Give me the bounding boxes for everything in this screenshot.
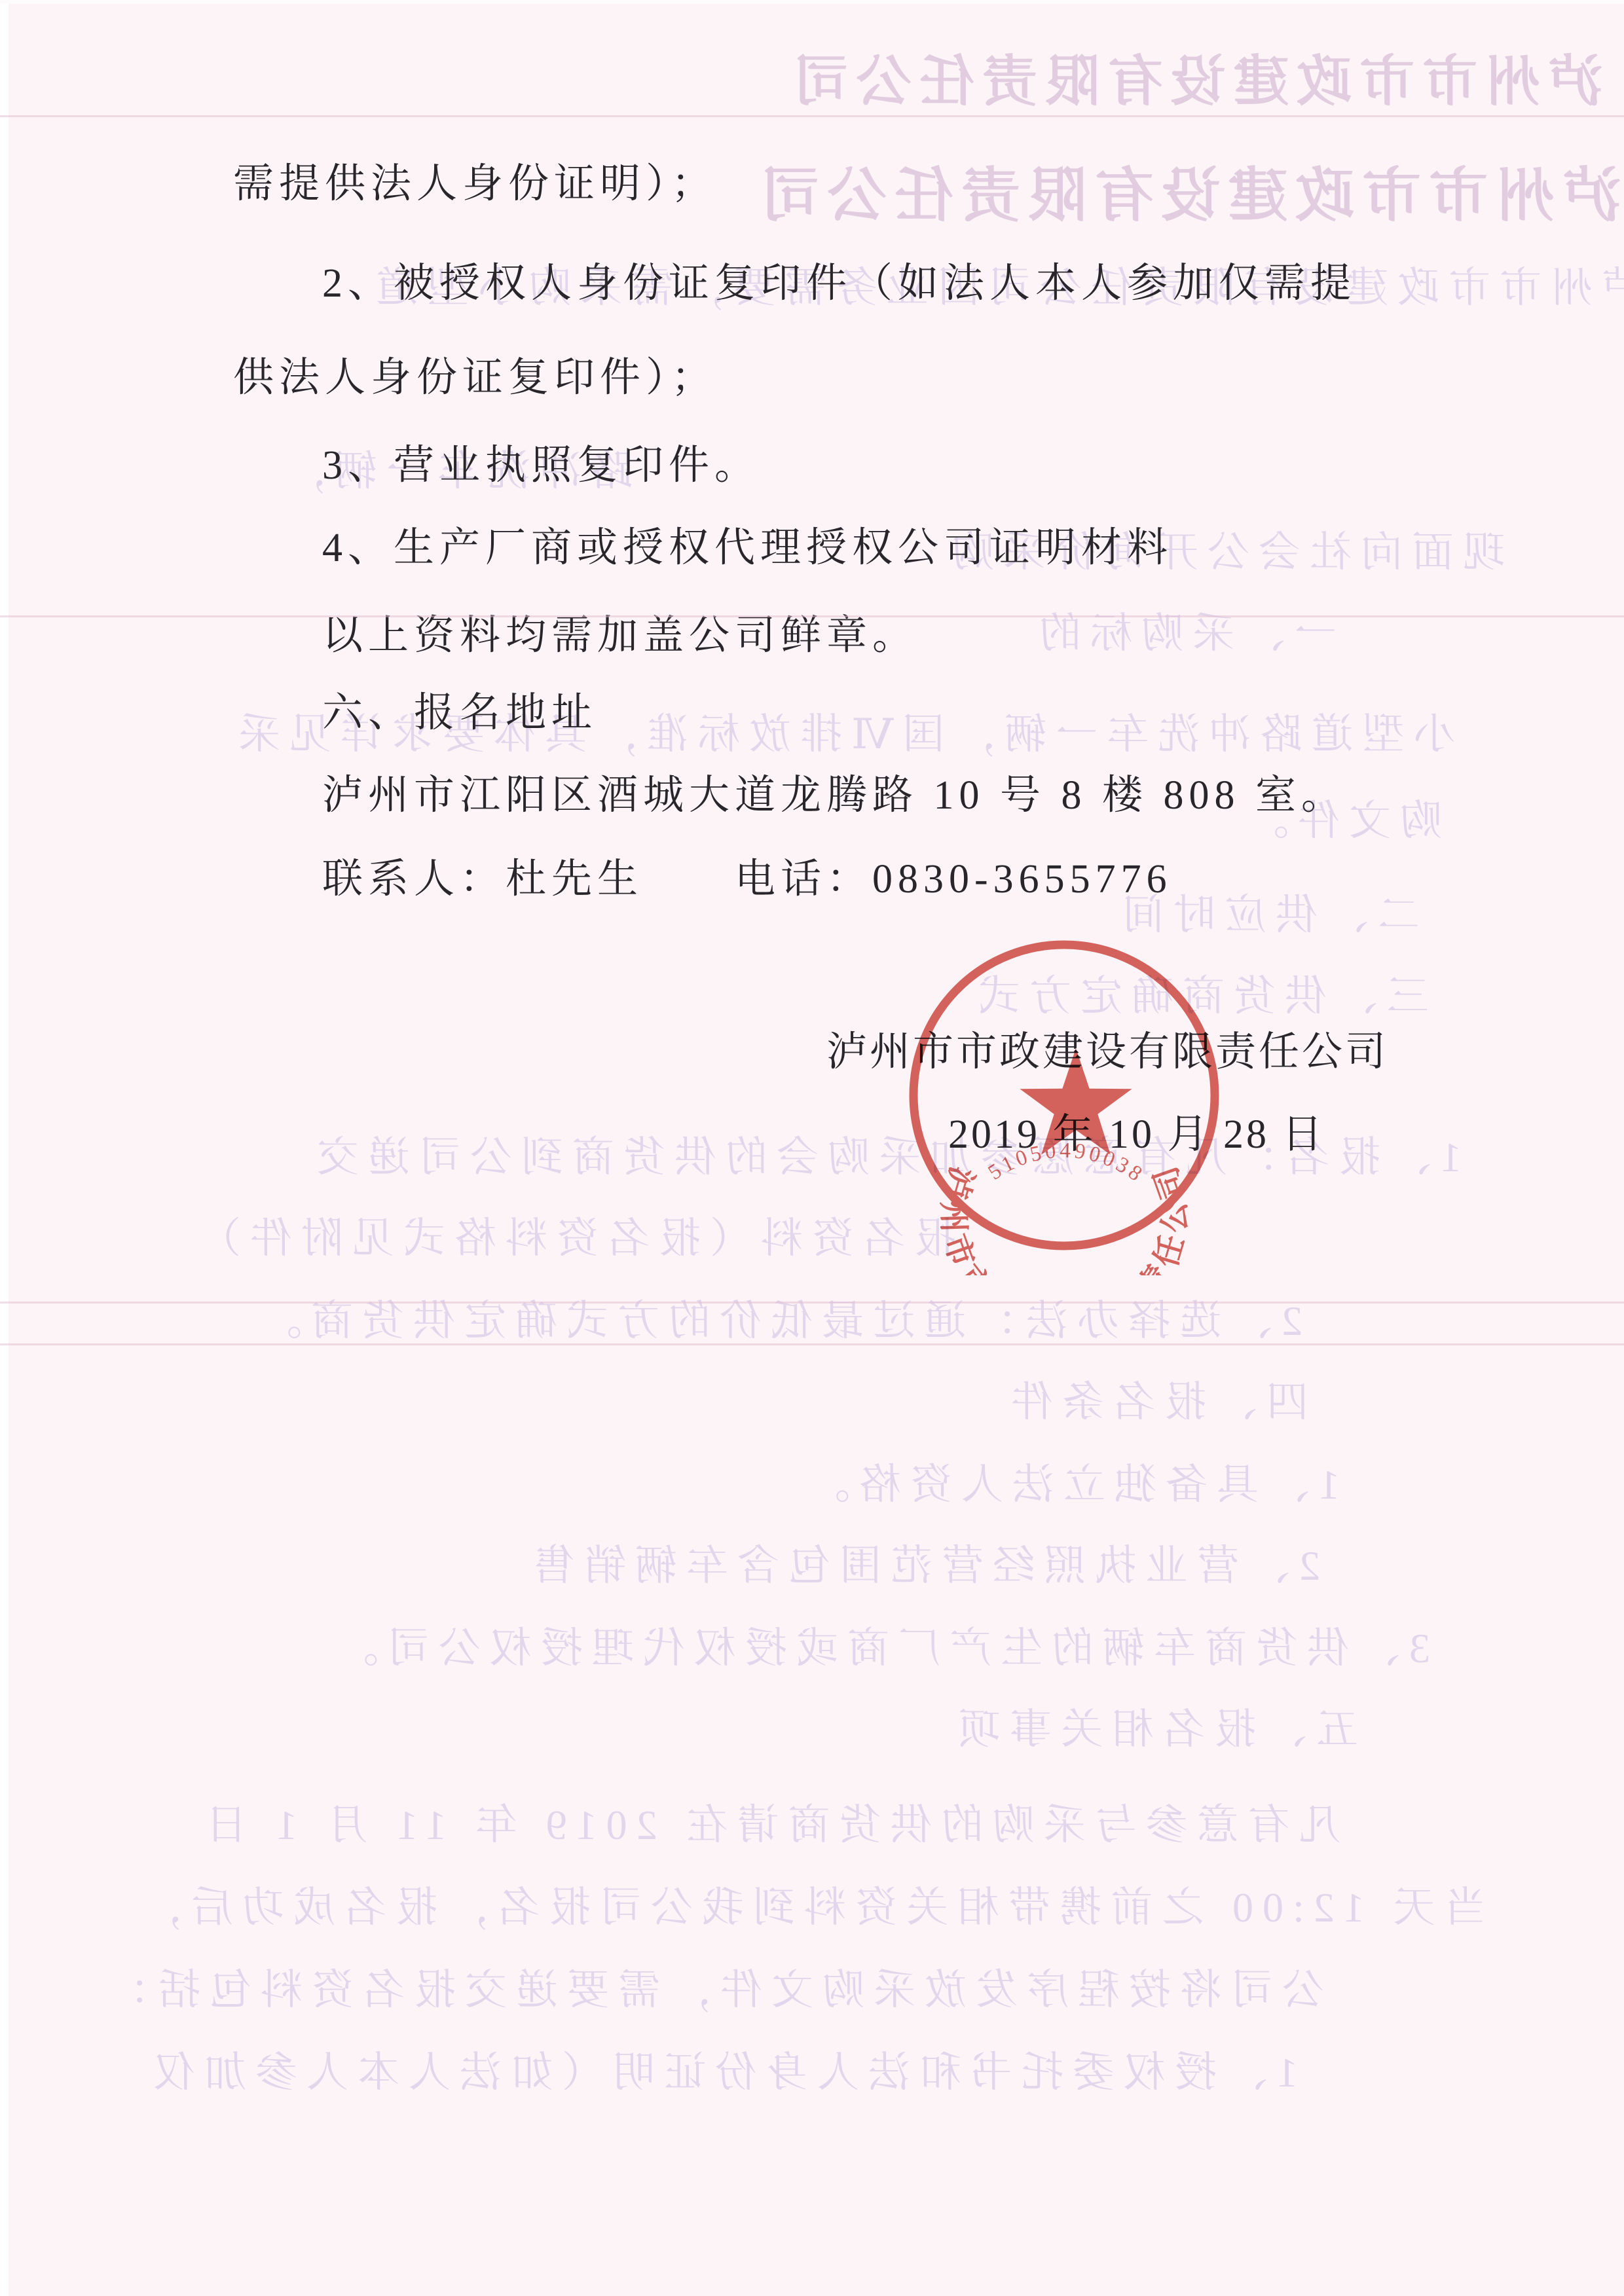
seal-serial-number: 5105049003844 (891, 922, 1149, 1188)
seal-star-icon (1020, 1048, 1132, 1155)
scan-artifact-line (0, 1343, 1624, 1345)
document-text-line: 六、报名地址 (322, 693, 597, 733)
scan-edge-top (0, 0, 1624, 4)
scan-edge-left (0, 0, 9, 2296)
company-seal: 泸州市市政建设有限责任公司 5105049003844 (891, 922, 1244, 1275)
document-text-line: 3、营业执照复印件。 (322, 445, 760, 486)
document-text-line: 供法人身份证复印件）； (233, 357, 717, 398)
document-text-line: 需提供法人身份证明）； (233, 164, 717, 204)
scanned-document-page: 泸州市市政建设有限责任公司泸州市市政建设有限责任公司泸州市市政建设有限责任公司因… (0, 0, 1624, 2296)
scan-artifact-line (0, 115, 1624, 117)
scan-artifact-line (0, 1302, 1624, 1303)
document-text-line: 2、被授权人身份证复印件（如法人本人参加仅需提 (322, 263, 1356, 304)
document-text-line: 4、生产厂商或授权代理授权公司证明材料 (322, 528, 1173, 568)
scan-artifact-line (0, 615, 1624, 617)
document-text-line: 以上资料均需加盖公司鲜章。 (322, 615, 918, 656)
document-text-line: 泸州市江阳区酒城大道龙腾路 10 号 8 楼 808 室。 (322, 775, 1347, 816)
document-text-line: 联系人：杜先生 电话：0830-3655776 (322, 859, 1172, 900)
document-text-layer: 泸州市市政建设有限责任公司 2019 年 10 月 28 日 需提供法人身份证明… (0, 0, 1624, 2296)
